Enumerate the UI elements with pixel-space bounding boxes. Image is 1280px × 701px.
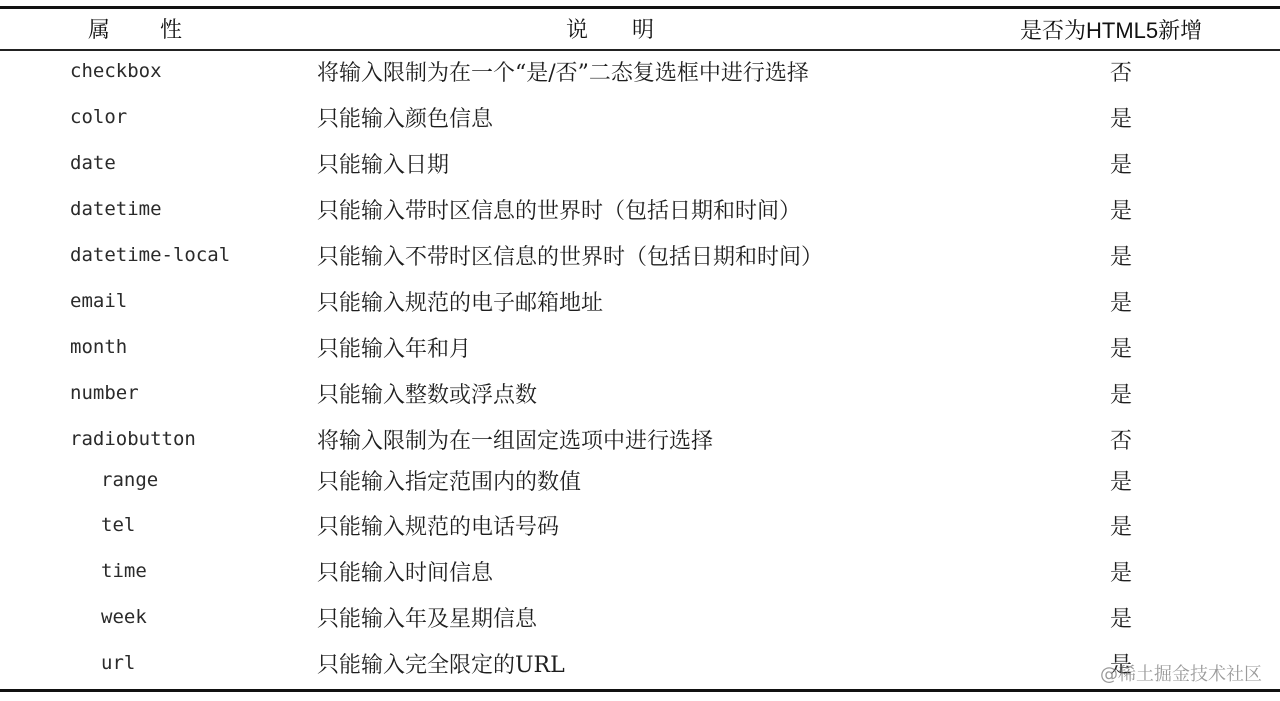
attribute-name: week [101, 604, 147, 630]
table-row: month 只能输入年和月 是 [0, 334, 1280, 374]
table-row: week 只能输入年及星期信息 是 [0, 604, 1280, 644]
attribute-is-new: 是 [1110, 336, 1132, 364]
attribute-name: email [70, 288, 127, 314]
table-row: datetime 只能输入带时区信息的世界时（包括日期和时间） 是 [0, 196, 1280, 236]
attribute-is-new: 是 [1110, 290, 1132, 318]
attribute-is-new: 是 [1110, 469, 1132, 497]
table-header-rule [0, 49, 1280, 51]
attribute-description: 只能输入时间信息 [317, 560, 493, 588]
header-attribute: 属 性 [88, 14, 184, 48]
attribute-is-new: 是 [1110, 382, 1132, 410]
attribute-is-new: 是 [1110, 606, 1132, 634]
attribute-description: 只能输入颜色信息 [317, 106, 493, 134]
attribute-description: 只能输入规范的电话号码 [317, 514, 559, 542]
attribute-name: month [70, 334, 127, 360]
attribute-is-new: 是 [1110, 152, 1132, 180]
table-top-rule [0, 6, 1280, 9]
watermark: @稀土掘金技术社区 [1100, 660, 1262, 686]
table-row: radiobutton 将输入限制为在一组固定选项中进行选择 否 [0, 426, 1280, 466]
header-is-new: 是否为HTML5新增 [1020, 14, 1202, 48]
table-row: date 只能输入日期 是 [0, 150, 1280, 190]
attribute-is-new: 是 [1110, 198, 1132, 226]
table-bottom-rule [0, 689, 1280, 692]
attribute-description: 只能输入不带时区信息的世界时（包括日期和时间） [317, 244, 823, 272]
attribute-name: datetime-local [70, 242, 230, 268]
attribute-name: radiobutton [70, 426, 196, 452]
attribute-name: time [101, 558, 147, 584]
attribute-name: color [70, 104, 127, 130]
attribute-description: 将输入限制为在一个“是/否”二态复选框中进行选择 [317, 60, 809, 88]
attribute-name: checkbox [70, 58, 162, 84]
attribute-description: 将输入限制为在一组固定选项中进行选择 [317, 428, 713, 456]
attribute-name: number [70, 380, 139, 406]
attribute-name: date [70, 150, 116, 176]
table-row: number 只能输入整数或浮点数 是 [0, 380, 1280, 420]
table-row: time 只能输入时间信息 是 [0, 558, 1280, 598]
attribute-description: 只能输入指定范围内的数值 [317, 469, 581, 497]
attribute-description: 只能输入带时区信息的世界时（包括日期和时间） [317, 198, 801, 226]
attribute-description: 只能输入年和月 [317, 336, 471, 364]
table-row: url 只能输入完全限定的URL 是 [0, 650, 1280, 690]
attribute-name: datetime [70, 196, 162, 222]
attribute-name: range [101, 467, 158, 493]
header-description: 说 明 [566, 14, 654, 48]
attribute-is-new: 是 [1110, 106, 1132, 134]
table-row: email 只能输入规范的电子邮箱地址 是 [0, 288, 1280, 328]
table-row: datetime-local 只能输入不带时区信息的世界时（包括日期和时间） 是 [0, 242, 1280, 282]
attribute-name: tel [101, 512, 135, 538]
table-row: color 只能输入颜色信息 是 [0, 104, 1280, 144]
table-row: tel 只能输入规范的电话号码 是 [0, 512, 1280, 552]
attribute-description: 只能输入整数或浮点数 [317, 382, 537, 410]
attribute-description: 只能输入年及星期信息 [317, 606, 537, 634]
attribute-is-new: 是 [1110, 244, 1132, 272]
table-row: checkbox 将输入限制为在一个“是/否”二态复选框中进行选择 否 [0, 58, 1280, 98]
attribute-description: 只能输入日期 [317, 152, 449, 180]
attribute-is-new: 否 [1110, 60, 1132, 88]
attribute-is-new: 否 [1110, 428, 1132, 456]
attribute-description: 只能输入完全限定的URL [317, 652, 565, 680]
table-row: range 只能输入指定范围内的数值 是 [0, 467, 1280, 507]
attribute-is-new: 是 [1110, 514, 1132, 542]
attribute-description: 只能输入规范的电子邮箱地址 [317, 290, 603, 318]
attribute-name: url [101, 650, 135, 676]
attribute-is-new: 是 [1110, 560, 1132, 588]
